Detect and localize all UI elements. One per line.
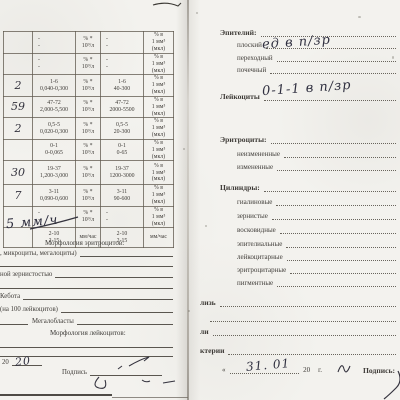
erythrocytic-label: эритроцитарные bbox=[237, 266, 286, 274]
table-row: 2 1-60,040-0,300 % *10⁹/л 1-640-300 % в1… bbox=[4, 75, 174, 96]
blank-line bbox=[287, 253, 396, 261]
table-row: 7 3-110,090-0,600 % *10⁹/л 3-1190-600 % … bbox=[4, 185, 174, 206]
strike-mark bbox=[28, 214, 80, 232]
cell-result: 7 bbox=[4, 185, 33, 206]
erythrocytes-label: Эритроциты: bbox=[220, 135, 267, 144]
table-row: 0-10-0,065 % *10⁹/л 0-10-65 % в1 мм³(мкл… bbox=[4, 139, 174, 160]
page-fold-line bbox=[187, 0, 189, 400]
blank-line bbox=[277, 279, 396, 287]
scan-artifact bbox=[358, 16, 361, 18]
year-prefix: 20 bbox=[2, 359, 9, 366]
cell-result: 30 bbox=[4, 161, 33, 185]
blank-line bbox=[210, 320, 396, 322]
morphology-leukocytes-heading: Морфология лейкоцитов: bbox=[50, 329, 126, 337]
blank-line bbox=[286, 240, 396, 248]
cylinders-label: Цилиндры: bbox=[220, 183, 260, 192]
blank-line bbox=[277, 54, 396, 62]
year-suffix: г. bbox=[318, 366, 322, 374]
blank-line bbox=[276, 198, 396, 206]
granularity-fragment: ной зернистостью bbox=[0, 271, 52, 278]
blank-line bbox=[228, 347, 396, 355]
table-row: 30 19-371,200-3,000 % *10⁹/л 19-371200-3… bbox=[4, 161, 174, 185]
scan-artifact bbox=[183, 148, 185, 150]
blank-line bbox=[271, 136, 396, 144]
megaloblasts-label: Мегалобласты bbox=[32, 318, 74, 325]
leukocytes-label: Лейкоциты bbox=[220, 92, 260, 101]
cell-result: 59 bbox=[4, 96, 33, 117]
scan-artifact bbox=[205, 225, 207, 227]
flat-epithelium-label: плоский bbox=[237, 41, 262, 49]
scan-artifact bbox=[196, 12, 198, 14]
blank-line bbox=[0, 287, 173, 289]
table-row: -- % *10⁹/л -- % в1 мм³(мкл) bbox=[4, 32, 174, 54]
handwritten-value: 7 bbox=[15, 189, 22, 202]
hyaline-label: гиалиновые bbox=[237, 198, 272, 206]
per-100-leukocytes-label: (на 100 лейкоцитов) bbox=[0, 306, 58, 313]
morphology-erythrocytes-heading: Морфология эритроцитов: bbox=[45, 239, 124, 247]
blank-line bbox=[284, 150, 396, 158]
cell-result: 2 bbox=[4, 75, 33, 96]
scan-artifact bbox=[392, 56, 394, 59]
changed-label: измененные bbox=[237, 163, 273, 171]
signature-scribble bbox=[85, 353, 177, 391]
renal-epithelium-label: почечный bbox=[237, 66, 266, 74]
unchanged-label: неизмененные bbox=[237, 150, 280, 158]
blank-line bbox=[23, 292, 173, 300]
cell-result bbox=[4, 139, 33, 160]
handwritten-value: 2 bbox=[15, 79, 22, 92]
year-handwritten: 20 bbox=[14, 355, 31, 368]
cell-result: 2 bbox=[4, 118, 33, 139]
bacteria-label-fragment: ктерии bbox=[200, 346, 224, 355]
cell-result bbox=[4, 54, 33, 75]
signature-flourish bbox=[378, 369, 400, 400]
blank-line bbox=[80, 249, 173, 257]
year-printed: 20 bbox=[303, 366, 310, 374]
waxy-label: восковидные bbox=[237, 226, 276, 234]
table-row: 59 47-722,000-5,500 % *10⁹/л 47-722000-5… bbox=[4, 96, 174, 117]
page-bottom-edge bbox=[0, 394, 112, 396]
leukocytic-label: лейкоцитарные bbox=[237, 253, 283, 261]
table-row: -- % *10⁹/л -- % в1 мм³(мкл) bbox=[4, 54, 174, 75]
blank-line bbox=[0, 317, 28, 325]
epithelial-label: эпителиальные bbox=[237, 240, 282, 248]
blank-line bbox=[280, 226, 396, 234]
date-handwritten: 31. 01 bbox=[246, 357, 291, 373]
scanned-medical-form: -- % *10⁹/л -- % в1 мм³(мкл) -- % *10⁹/л… bbox=[0, 0, 400, 400]
blank-line bbox=[0, 346, 173, 348]
handwritten-value: 59 bbox=[11, 100, 25, 113]
handwritten-value: 30 bbox=[11, 166, 25, 179]
date-open-quote: « bbox=[222, 366, 226, 374]
salts-label-fragment: ли bbox=[200, 327, 209, 336]
scan-artifact bbox=[188, 310, 190, 312]
epithelium-label: Эпителий: bbox=[220, 28, 257, 37]
blank-line bbox=[270, 66, 396, 74]
transitional-epithelium-label: переходный bbox=[237, 54, 273, 62]
granular-label: зернистые bbox=[237, 212, 268, 220]
blank-line bbox=[264, 184, 396, 192]
blank-line bbox=[77, 317, 173, 325]
blank-line bbox=[61, 305, 173, 313]
blank-line bbox=[277, 163, 396, 171]
pigmented-label: пигментные bbox=[237, 279, 273, 287]
blank-line bbox=[213, 328, 396, 336]
mucus-label-fragment: лизь bbox=[200, 298, 216, 307]
blank-line bbox=[290, 266, 396, 274]
table-row: 2 0,5-50,020-0,300 % *10⁹/л 0,5-520-300 … bbox=[4, 118, 174, 139]
cell-result bbox=[4, 32, 33, 54]
anisocytosis-fragment: , микроциты, мегалоциты) bbox=[0, 250, 77, 257]
handwritten-value: 2 bbox=[15, 122, 22, 135]
kebota-fragment: Кебота bbox=[0, 293, 20, 300]
blank-line bbox=[272, 212, 396, 220]
signature-label: Подпись bbox=[62, 369, 87, 376]
blank-line bbox=[0, 265, 173, 267]
blank-line bbox=[55, 270, 173, 278]
blank-line bbox=[220, 299, 396, 307]
year-scribble bbox=[336, 361, 352, 374]
